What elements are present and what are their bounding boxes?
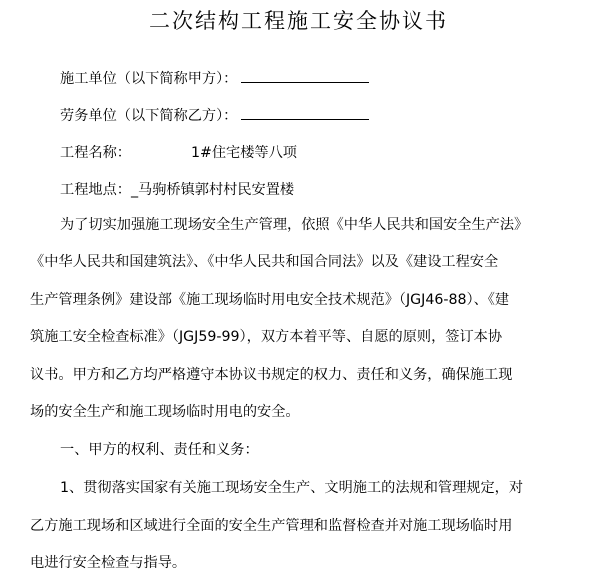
field-party-a: 施工单位（以下简称甲方）： [0, 68, 597, 89]
field-label: 工程地点： [60, 182, 131, 198]
section-heading: 一、甲方的权利、责任和义务： [0, 440, 597, 460]
paragraph-line: 筑施工安全检查标准》（JGJ59-99），双方本着平等、自愿的原则，签订本协 [0, 327, 597, 347]
paragraph-line: 《中华人民共和国建筑法》、《中华人民共和国合同法》以及《建设工程安全 [0, 252, 597, 272]
paragraph-line: 为了切实加强施工现场安全生产管理，依照《中华人民共和国安全生产法》 [0, 215, 597, 235]
paragraph-line: 乙方施工现场和区域进行全面的安全生产管理和监督检查并对施工现场临时用 [0, 516, 597, 536]
field-label: 施工单位（以下简称甲方）： [60, 71, 237, 87]
paragraph-line: 电进行安全检查与指导。 [0, 553, 597, 573]
paragraph-line: 1、贯彻落实国家有关施工现场安全生产、文明施工的法规和管理规定，对 [0, 478, 597, 498]
field-label: 工程名称： [60, 145, 131, 161]
field-party-b: 劳务单位（以下简称乙方）： [0, 105, 597, 126]
field-project-location: 工程地点：_马驹桥镇郭村村民安置楼 [0, 180, 597, 200]
blank-line-party-b[interactable] [241, 105, 369, 120]
blank-line-party-a[interactable] [241, 68, 369, 83]
field-label: 劳务单位（以下简称乙方）： [60, 108, 237, 124]
document-title: 二次结构工程施工安全协议书 [0, 5, 597, 35]
paragraph-line: 生产管理条例》建设部《施工现场临时用电安全技术规范》（JGJ46-88）、《建 [0, 290, 597, 310]
paragraph-line: 议书。甲方和乙方均严格遵守本协议书规定的权力、责任和义务，确保施工现 [0, 365, 597, 385]
field-value: _马驹桥镇郭村村民安置楼 [131, 182, 294, 198]
field-project-name: 工程名称：1#住宅楼等八项 [0, 143, 597, 163]
field-value: 1#住宅楼等八项 [191, 145, 297, 161]
paragraph-line: 场的安全生产和施工现场临时用电的安全。 [0, 402, 597, 422]
